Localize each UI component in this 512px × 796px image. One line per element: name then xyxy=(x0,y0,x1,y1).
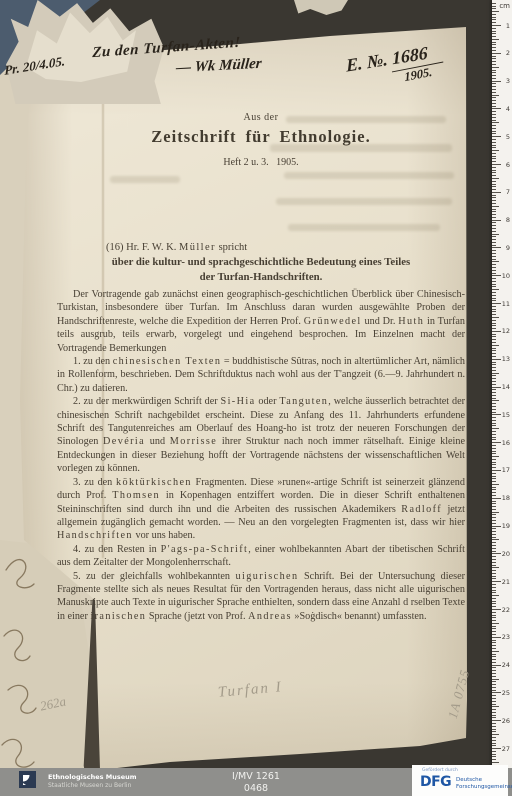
ruler-tick xyxy=(492,537,496,538)
ruler-tick xyxy=(492,609,501,610)
issue-line: Heft 2 u. 3. 1905. xyxy=(57,157,465,168)
ruler-tick xyxy=(492,236,496,237)
ruler-tick xyxy=(492,348,496,349)
ruler-tick xyxy=(492,103,496,104)
ruler-tick xyxy=(492,17,496,18)
ruler-tick xyxy=(492,47,496,48)
ruler-tick xyxy=(492,378,496,379)
lecture-title-line2: der Turfan-Handschriften. xyxy=(57,271,465,283)
ruler-tick xyxy=(492,158,496,159)
ink-bleedthrough xyxy=(288,224,440,231)
source-line: Aus der xyxy=(57,112,465,123)
text-segment: oder xyxy=(256,396,280,407)
funder-name-line1: Deutsche xyxy=(456,777,482,783)
text-segment: köktürkischen xyxy=(116,477,192,488)
ruler-tick xyxy=(492,679,499,680)
ruler-tick xyxy=(492,603,496,604)
ruler-tick xyxy=(492,311,496,312)
ruler-tick xyxy=(492,587,496,588)
ruler-tick xyxy=(492,353,496,354)
text-segment: Si-Hia xyxy=(221,396,256,407)
ruler-tick xyxy=(492,437,496,438)
text-segment: »Soġdisch« benannt) umfassten. xyxy=(292,611,427,622)
ruler-tick xyxy=(492,31,496,32)
ruler-tick xyxy=(492,723,496,724)
footer-bar: Ethnologisches Museum Staatliche Museen … xyxy=(0,768,512,796)
ruler-tick xyxy=(492,745,496,746)
ruler-tick xyxy=(492,256,496,257)
ruler-tick xyxy=(492,734,499,735)
ruler-number: 5 xyxy=(506,133,510,141)
ruler-tick xyxy=(492,598,496,599)
ruler-tick xyxy=(492,214,496,215)
ruler-tick xyxy=(492,270,496,271)
ruler-tick xyxy=(492,203,496,204)
ruler-tick xyxy=(492,706,499,707)
ruler-tick xyxy=(492,95,499,96)
ruler-tick xyxy=(492,345,499,346)
ruler-tick xyxy=(492,370,496,371)
ruler-tick xyxy=(492,384,496,385)
ruler-tick xyxy=(492,53,501,54)
ruler-tick xyxy=(492,762,499,763)
ruler-tick xyxy=(492,175,496,176)
ruler-tick xyxy=(492,217,496,218)
ruler-tick xyxy=(492,623,499,624)
ruler-tick xyxy=(492,592,496,593)
ink-bleedthrough xyxy=(110,176,180,183)
ruler-tick xyxy=(492,320,496,321)
ruler-tick xyxy=(492,726,496,727)
ruler-tick xyxy=(492,417,496,418)
ruler-tick xyxy=(492,114,496,115)
ruler-tick xyxy=(492,687,496,688)
ruler-tick xyxy=(492,495,496,496)
ruler-tick xyxy=(492,620,496,621)
ruler-tick xyxy=(492,381,496,382)
ruler-tick xyxy=(492,209,496,210)
ruler-tick xyxy=(492,398,496,399)
ruler-tick xyxy=(492,387,501,388)
ruler-tick xyxy=(492,228,496,229)
ruler-tick xyxy=(492,665,501,666)
ruler-tick xyxy=(492,425,496,426)
ruler-tick xyxy=(492,42,496,43)
text-segment: Sprache (jetzt von Prof. xyxy=(146,611,248,622)
ruler-tick xyxy=(492,448,496,449)
lecture-title-line1: über die kultur- und sprachgeschichtlich… xyxy=(57,256,465,268)
ruler-tick xyxy=(492,61,496,62)
ruler-tick xyxy=(492,153,496,154)
ruler-tick xyxy=(492,178,499,179)
ruler-tick xyxy=(492,584,496,585)
ruler-tick xyxy=(492,409,496,410)
body-paragraph: 2. zu der merkwürdigen Schrift der Si-Hi… xyxy=(57,395,465,475)
ruler-tick xyxy=(492,542,496,543)
ruler-tick xyxy=(492,303,501,304)
text-segment: 2. zu der merkwürdigen Schrift der xyxy=(73,396,221,407)
ruler-tick xyxy=(492,654,496,655)
ruler-tick xyxy=(492,323,496,324)
ruler-tick xyxy=(492,498,501,499)
ruler-tick xyxy=(492,698,496,699)
ruler-tick xyxy=(492,559,496,560)
ruler-number: 3 xyxy=(506,77,510,85)
ruler-tick xyxy=(492,759,496,760)
ink-bleedthrough xyxy=(276,198,452,205)
ruler-tick xyxy=(492,36,496,37)
ruler-tick xyxy=(492,108,501,109)
ruler-number: 1 xyxy=(506,22,510,30)
body-paragraph: Der Vortragende gab zunächst einen geogr… xyxy=(57,288,465,355)
ruler-tick xyxy=(492,414,501,415)
text-segment: Tanguten xyxy=(279,396,328,407)
ruler-tick xyxy=(492,731,496,732)
ruler-tick xyxy=(492,395,496,396)
ruler-tick xyxy=(492,242,496,243)
ruler-number: 27 xyxy=(502,745,510,753)
ruler-tick xyxy=(492,601,496,602)
ruler-tick xyxy=(492,676,496,677)
ruler-tick xyxy=(492,431,496,432)
ruler-tick xyxy=(492,578,496,579)
ruler-tick xyxy=(492,456,499,457)
ruler-tick xyxy=(492,428,499,429)
ruler-tick xyxy=(492,367,496,368)
ruler-number: 23 xyxy=(502,633,510,641)
ruler-tick xyxy=(492,412,496,413)
ruler-tick xyxy=(492,58,496,59)
ruler-tick xyxy=(492,434,496,435)
ruler-tick xyxy=(492,306,496,307)
text-segment: und xyxy=(145,436,170,447)
dfg-acronym: DFG xyxy=(420,774,451,790)
ruler-tick xyxy=(492,331,501,332)
ruler-tick xyxy=(492,562,496,563)
ruler-tick xyxy=(492,206,499,207)
ruler-tick xyxy=(492,667,496,668)
ruler-tick xyxy=(492,576,496,577)
ruler-number: 22 xyxy=(502,606,510,614)
ruler-tick xyxy=(492,659,496,660)
ruler-tick xyxy=(492,453,496,454)
ruler-tick xyxy=(492,275,501,276)
ruler-tick xyxy=(492,286,496,287)
ink-bleedthrough xyxy=(284,172,454,179)
ruler-tick xyxy=(492,548,496,549)
ruler-tick xyxy=(492,220,501,221)
ruler-tick xyxy=(492,342,496,343)
ruler-tick xyxy=(492,442,501,443)
ruler-tick xyxy=(492,192,501,193)
text-segment: Handschriften xyxy=(57,530,133,541)
ruler-unit-label: cm xyxy=(499,2,510,10)
ruler-tick xyxy=(492,737,496,738)
ruler-tick xyxy=(492,197,496,198)
ruler-tick xyxy=(492,751,496,752)
ruler-tick xyxy=(492,33,496,34)
ruler-tick xyxy=(492,362,496,363)
text-segment: 1. zu den xyxy=(73,356,113,367)
ruler-tick xyxy=(492,712,496,713)
ruler-tick xyxy=(492,740,496,741)
ruler-tick xyxy=(492,44,496,45)
ruler-tick xyxy=(492,267,496,268)
ruler-tick xyxy=(492,595,499,596)
ruler-tick xyxy=(492,673,496,674)
ruler-tick xyxy=(492,14,496,15)
ruler-tick xyxy=(492,467,496,468)
ruler-tick xyxy=(492,570,496,571)
ruler-number: 6 xyxy=(506,161,510,169)
ruler-tick xyxy=(492,284,496,285)
ruler-tick xyxy=(492,281,496,282)
cm-ruler: cm 1234567891011121314151617181920212223… xyxy=(492,0,512,768)
ruler-tick xyxy=(492,484,499,485)
ruler-tick xyxy=(492,156,496,157)
ruler-tick xyxy=(492,489,496,490)
ruler-tick xyxy=(492,314,496,315)
ruler-tick xyxy=(492,184,496,185)
ruler-tick xyxy=(492,222,496,223)
ruler-tick xyxy=(492,565,496,566)
ruler-number: 2 xyxy=(506,49,510,57)
ruler-tick xyxy=(492,470,501,471)
ruler-number: 16 xyxy=(502,439,510,447)
text-segment: vor uns haben. xyxy=(133,530,195,541)
ruler-tick xyxy=(492,556,496,557)
ruler-tick xyxy=(492,717,496,718)
ruler-tick xyxy=(492,100,496,101)
ruler-tick xyxy=(492,526,501,527)
ruler-tick xyxy=(492,231,496,232)
text-segment: 3. zu den xyxy=(73,477,116,488)
ruler-tick xyxy=(492,662,496,663)
ruler-tick xyxy=(492,514,496,515)
body-paragraph: 5. zu der gleichfalls wohlbekannten uigu… xyxy=(57,570,465,624)
text-segment: Thomsen xyxy=(112,490,160,501)
ruler-number: 8 xyxy=(506,216,510,224)
ruler-tick xyxy=(492,72,496,73)
ruler-tick xyxy=(492,81,501,82)
journal-title: Zeitschrift für Ethnologie. xyxy=(57,127,465,147)
ruler-tick xyxy=(492,133,496,134)
ruler-number: 20 xyxy=(502,550,510,558)
ruler-tick xyxy=(492,423,496,424)
ruler-tick xyxy=(492,250,496,251)
ruler-tick xyxy=(492,501,496,502)
ruler-tick xyxy=(492,748,501,749)
text-segment: uigurischen xyxy=(236,571,299,582)
ruler-tick xyxy=(492,139,496,140)
ruler-tick xyxy=(492,181,496,182)
text-segment: Devéria xyxy=(103,436,145,447)
ruler-number: 13 xyxy=(502,355,510,363)
ruler-tick xyxy=(492,528,496,529)
ruler-tick xyxy=(492,567,499,568)
ruler-tick xyxy=(492,400,499,401)
ruler-tick xyxy=(492,670,496,671)
ruler-tick xyxy=(492,145,496,146)
ruler-tick xyxy=(492,690,496,691)
ruler-tick xyxy=(492,692,501,693)
ruler-tick xyxy=(492,78,496,79)
ruler-tick xyxy=(492,111,496,112)
ruler-tick xyxy=(492,364,496,365)
ruler-tick xyxy=(492,756,496,757)
ruler-tick xyxy=(492,125,496,126)
ruler-tick xyxy=(492,253,496,254)
ruler-tick xyxy=(492,89,496,90)
ruler-tick xyxy=(492,506,496,507)
ruler-tick xyxy=(492,67,499,68)
ruler-tick xyxy=(492,234,499,235)
ruler-tick xyxy=(492,573,496,574)
ruler-tick xyxy=(492,339,496,340)
ruler-tick xyxy=(492,64,496,65)
body-paragraph: 3. zu den köktürkischen Fragmenten. Dies… xyxy=(57,476,465,543)
ruler-tick xyxy=(492,350,496,351)
ruler-tick xyxy=(492,684,496,685)
text-segment: 5. zu der gleichfalls wohlbekannten xyxy=(73,571,236,582)
ruler-number: 9 xyxy=(506,244,510,252)
ruler-tick xyxy=(492,298,496,299)
ruler-tick xyxy=(492,531,496,532)
ruler-tick xyxy=(492,612,496,613)
ruler-tick xyxy=(492,520,496,521)
ruler-tick xyxy=(492,336,496,337)
ruler-tick xyxy=(492,503,496,504)
ruler-tick xyxy=(492,439,496,440)
funding-note: Gefördert durch xyxy=(422,768,458,773)
ruler-tick xyxy=(492,445,496,446)
ruler-tick xyxy=(492,551,496,552)
text-segment: (16) Hr. F. W. K. xyxy=(106,242,179,253)
ruler-number: 15 xyxy=(502,411,510,419)
ruler-tick xyxy=(492,170,496,171)
text-segment: Grünwedel xyxy=(304,316,362,327)
ruler-tick xyxy=(492,295,496,296)
ruler-tick xyxy=(492,492,496,493)
ruler-tick xyxy=(492,637,501,638)
ruler-tick xyxy=(492,19,496,20)
ruler-tick xyxy=(492,273,496,274)
ruler-tick xyxy=(492,617,496,618)
text-segment: iranischen xyxy=(90,611,146,622)
ruler-tick xyxy=(492,590,496,591)
ruler-tick xyxy=(492,122,499,123)
ruler-tick xyxy=(492,70,496,71)
ruler-tick xyxy=(492,142,496,143)
ruler-tick xyxy=(492,56,496,57)
ruler-tick xyxy=(492,403,496,404)
ruler-tick xyxy=(492,150,499,151)
ruler-tick xyxy=(492,473,496,474)
ruler-tick xyxy=(492,22,496,23)
ruler-number: 11 xyxy=(502,300,510,308)
ruler-tick xyxy=(492,656,496,657)
ruler-tick xyxy=(492,517,496,518)
ruler-tick xyxy=(492,481,496,482)
ruler-tick xyxy=(492,25,501,26)
ruler-tick xyxy=(492,8,496,9)
ruler-tick xyxy=(492,509,496,510)
ruler-tick xyxy=(492,626,496,627)
torn-paper-fragment-small xyxy=(294,0,348,15)
ruler-tick xyxy=(492,420,496,421)
ruler-tick xyxy=(492,743,496,744)
ruler-tick xyxy=(492,534,496,535)
ruler-tick xyxy=(492,720,501,721)
ruler-tick xyxy=(492,478,496,479)
ruler-tick xyxy=(492,261,499,262)
ruler-tick xyxy=(492,75,496,76)
text-segment: 4. zu den Resten in xyxy=(73,544,161,555)
ruler-tick xyxy=(492,264,496,265)
ruler-tick xyxy=(492,754,496,755)
ruler-tick xyxy=(492,186,496,187)
ruler-tick xyxy=(492,239,496,240)
ruler-number: 14 xyxy=(502,383,510,391)
ruler-tick xyxy=(492,715,496,716)
ruler-tick xyxy=(492,6,496,7)
ruler-tick xyxy=(492,128,496,129)
ruler-tick xyxy=(492,645,496,646)
ruler-tick xyxy=(492,106,496,107)
ruler-number: 25 xyxy=(502,689,510,697)
ruler-number: 10 xyxy=(502,272,510,280)
ruler-tick xyxy=(492,375,496,376)
ruler-tick xyxy=(492,259,496,260)
ruler-tick xyxy=(492,164,501,165)
ruler-tick xyxy=(492,681,496,682)
ruler-number: 17 xyxy=(502,466,510,474)
ruler-tick xyxy=(492,117,496,118)
ruler-tick xyxy=(492,451,496,452)
ruler-tick xyxy=(492,729,496,730)
ruler-tick xyxy=(492,704,496,705)
ruler-tick xyxy=(492,406,496,407)
ruler-tick xyxy=(492,553,501,554)
ruler-tick xyxy=(492,172,496,173)
ruler-tick xyxy=(492,695,496,696)
ruler-tick xyxy=(492,317,499,318)
ruler-tick xyxy=(492,225,496,226)
ruler-tick xyxy=(492,459,496,460)
body-paragraph: 1. zu den chinesischen Texten = buddhist… xyxy=(57,355,465,395)
ruler-number: 12 xyxy=(502,327,510,335)
ruler-tick xyxy=(492,50,496,51)
ruler-tick xyxy=(492,476,496,477)
text-segment: Morrisse xyxy=(170,436,217,447)
ruler-number: 21 xyxy=(502,578,510,586)
text-segment: spricht xyxy=(216,242,247,253)
ruler-tick xyxy=(492,278,496,279)
ruler-tick xyxy=(492,373,499,374)
ruler-tick xyxy=(492,189,496,190)
ruler-tick xyxy=(492,464,496,465)
ruler-tick xyxy=(492,642,496,643)
document-scan: Zu den Turfan-Akten! — Wk Müller E. №. 1… xyxy=(0,0,512,796)
ruler-tick xyxy=(492,523,496,524)
ruler-number: 24 xyxy=(502,661,510,669)
ruler-tick xyxy=(492,631,496,632)
ruler-tick xyxy=(492,200,496,201)
ruler-tick xyxy=(492,325,496,326)
ruler-tick xyxy=(492,167,496,168)
ruler-tick xyxy=(492,545,496,546)
text-segment: Huth xyxy=(398,316,424,327)
